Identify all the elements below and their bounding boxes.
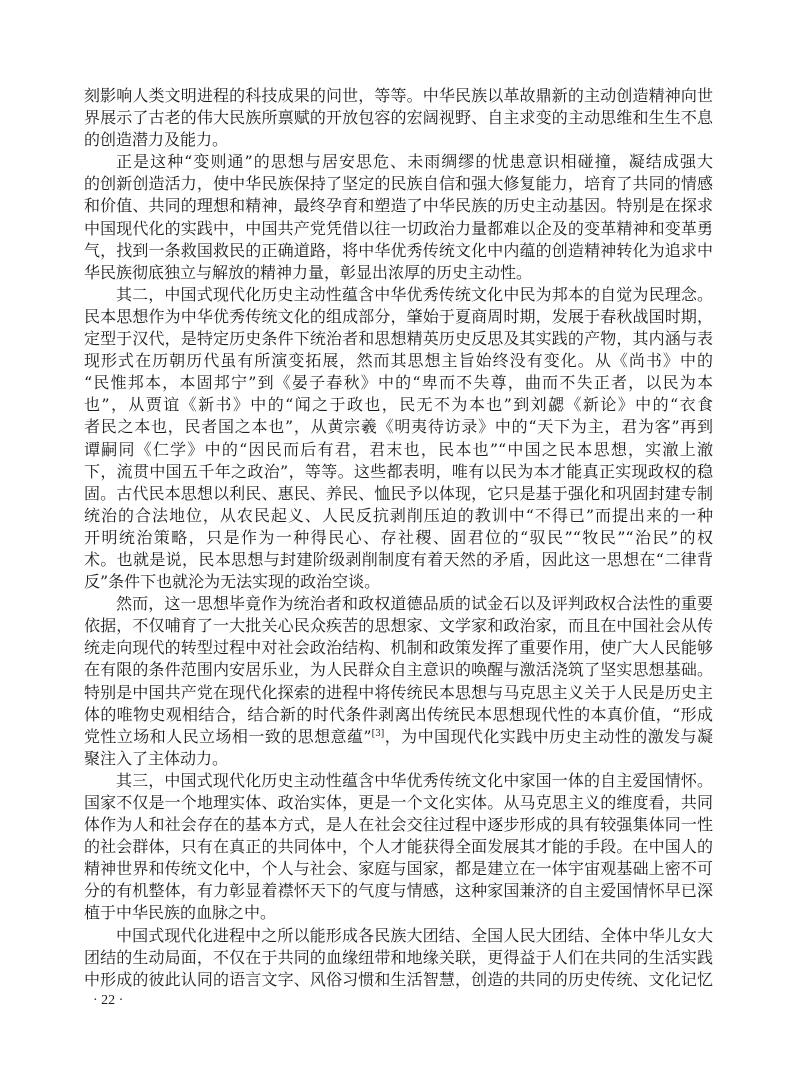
text-line: 特别是中国共产党在现代化探索的进程中将传统民本思想与马克思主义关于人民是历史主 [84, 682, 713, 704]
paragraph-however: 然而，这一思想毕竟作为统治者和政权道德品质的试金石以及评判政权合法性的重要 依据… [84, 593, 713, 770]
text-line: 谭嗣同《仁学》中的“因民而后有君，君末也，民本也”“中国之民本思想，实澈上澈 [84, 439, 713, 461]
page-number: · 22 · [93, 992, 123, 1010]
citation-ref: [3] [372, 729, 385, 739]
text-line: 界展示了古老的伟大民族所禀赋的开放包容的宏阔视野、自主求变的主动思维和生生不息 [84, 107, 713, 129]
text-line: 和价值、共同的理想和精神，最终孕育和塑造了中华民族的历史主动基因。特别是在探求 [84, 195, 713, 217]
text-line: 的创造潜力及能力。 [84, 129, 713, 151]
text-line: 其二，中国式现代化历史主动性蕴含中华优秀传统文化中民为邦本的自觉为民理念。 [84, 284, 713, 306]
text-line: 在有限的条件范围内安居乐业，为人民群众自主意识的唤醒与激活浇筑了坚实思想基础。 [84, 659, 713, 681]
text-line: 者民之本也，民者国之本也”，从黄宗羲《明夷待访录》中的“天下为主，君为客”再到 [84, 416, 713, 438]
text-line: 刻影响人类文明进程的科技成果的问世，等等。中华民族以革故鼎新的主动创造精神向世 [84, 85, 713, 107]
text-line: 统治的合法地位，从农民起义、人民反抗剥削压迫的教训中“不得已”而提出来的一种 [84, 505, 713, 527]
text-line: 然而，这一思想毕竟作为统治者和政权道德品质的试金石以及评判政权合法性的重要 [84, 593, 713, 615]
text-line: 国家不仅是一个地理实体、政治实体，更是一个文化实体。从马克思主义的维度看，共同 [84, 792, 713, 814]
paragraph-third-point: 其三，中国式现代化历史主动性蕴含中华优秀传统文化中家国一体的自主爱国情怀。 国家… [84, 770, 713, 925]
text-line: 依据，不仅哺育了一大批关心民众疾苦的思想家、文学家和政治家，而且在中国社会从传 [84, 615, 713, 637]
text-line: 聚注入了主体动力。 [84, 748, 713, 770]
text-line: 分的有机整体，有力彰显着襟怀天下的气度与情感，这种家国兼济的自主爱国情怀早已深 [84, 880, 713, 902]
text-line: 固。古代民本思想以利民、惠民、养民、恤民予以体现，它只是基于强化和巩固封建专制 [84, 483, 713, 505]
text-line: 民本思想作为中华优秀传统文化的组成部分，肇始于夏商周时期，发展于春秋战国时期， [84, 306, 713, 328]
text-line: 术。也就是说，民本思想与封建阶级剥削制度有着天然的矛盾，因此这一思想在“二律背 [84, 549, 713, 571]
text-segment: ，为中国现代化实践中历史主动性的激发与凝 [384, 727, 713, 746]
paragraph-second-point: 其二，中国式现代化历史主动性蕴含中华优秀传统文化中民为邦本的自觉为民理念。 民本… [84, 284, 713, 593]
text-line: 其三，中国式现代化历史主动性蕴含中华优秀传统文化中家国一体的自主爱国情怀。 [84, 770, 713, 792]
text-line: 精神世界和传统文化中，个人与社会、家庭与国家，都是建立在一体宇宙观基础上密不可 [84, 858, 713, 880]
paragraph-unity: 中国式现代化进程中之所以能形成各民族大团结、全国人民大团结、全体中华儿女大 团结… [84, 925, 713, 991]
text-line: “民惟邦本，本固邦宁”到《晏子春秋》中的“卑而不失尊，曲而不失正者，以民为本 [84, 372, 713, 394]
text-line: 定型于汉代，是特定历史条件下统治者和思想精英历史反思及其实践的产物，其内涵与表 [84, 328, 713, 350]
text-line: 反”条件下也就沦为无法实现的政治空谈。 [84, 571, 713, 593]
text-line: 中形成的彼此认同的语言文字、风俗习惯和生活智慧，创造的共同的历史传统、文化记忆 [84, 969, 713, 991]
text-line-with-citation: 党性立场和人民立场相一致的思想意蕴”[3]，为中国现代化实践中历史主动性的激发与… [84, 726, 713, 748]
document-page: 刻影响人类文明进程的科技成果的问世，等等。中华民族以革故鼎新的主动创造精神向世 … [0, 0, 793, 1077]
text-line: 团结的生动局面，不仅在于共同的血缘纽带和地缘关联，更得益于人们在共同的生活实践 [84, 947, 713, 969]
text-line: 的创新创造活力，使中华民族保持了坚定的民族自信和强大修复能力，培育了共同的情感 [84, 173, 713, 195]
text-line: 植于中华民族的血脉之中。 [84, 902, 713, 924]
text-line: 也”，从贾谊《新书》中的“闻之于政也，民无不为本也”到刘勰《新论》中的“衣食 [84, 394, 713, 416]
text-line: 正是这种“变则通”的思想与居安思危、未雨绸缪的忧患意识相碰撞，凝结成强大 [84, 151, 713, 173]
text-line: 统走向现代的转型过程中对社会政治结构、机制和政策发挥了重要作用，使广大人民能够 [84, 637, 713, 659]
paragraph-continuation: 刻影响人类文明进程的科技成果的问世，等等。中华民族以革故鼎新的主动创造精神向世 … [84, 85, 713, 151]
text-line: 开明统治策略，只是作为一种得民心、存社稷、固君位的“驭民”“牧民”“治民”的权 [84, 527, 713, 549]
text-line: 现形式在历朝历代虽有所演变拓展，然而其思想主旨始终没有变化。从《尚书》中的 [84, 350, 713, 372]
text-line: 中国式现代化进程中之所以能形成各民族大团结、全国人民大团结、全体中华儿女大 [84, 925, 713, 947]
paragraph-bianzetong: 正是这种“变则通”的思想与居安思危、未雨绸缪的忧患意识相碰撞，凝结成强大 的创新… [84, 151, 713, 284]
text-line: 体作为人和社会存在的基本方式，是人在社会交往过程中逐步形成的具有较强集体同一性 [84, 814, 713, 836]
body-text: 刻影响人类文明进程的科技成果的问世，等等。中华民族以革故鼎新的主动创造精神向世 … [84, 85, 713, 991]
text-line: 气，找到一条救国救民的正确道路，将中华优秀传统文化中内蕴的创造精神转化为追求中 [84, 240, 713, 262]
text-line: 华民族彻底独立与解放的精神力量，彰显出浓厚的历史主动性。 [84, 262, 713, 284]
text-line: 中国现代化的实践中，中国共产党凭借以往一切政治力量都难以企及的变革精神和变革勇 [84, 218, 713, 240]
text-line: 体的唯物史观相结合，结合新的时代条件剥离出传统民本思想现代性的本真价值，“形成 [84, 704, 713, 726]
text-line: 下，流贯中国五千年之政治”，等等。这些都表明，唯有以民为本才能真正实现政权的稳 [84, 461, 713, 483]
text-line: 的社会群体，只有在真正的共同体中，个人才能获得全面发展其才能的手段。在中国人的 [84, 836, 713, 858]
text-segment: 党性立场和人民立场相一致的思想意蕴” [84, 727, 372, 746]
